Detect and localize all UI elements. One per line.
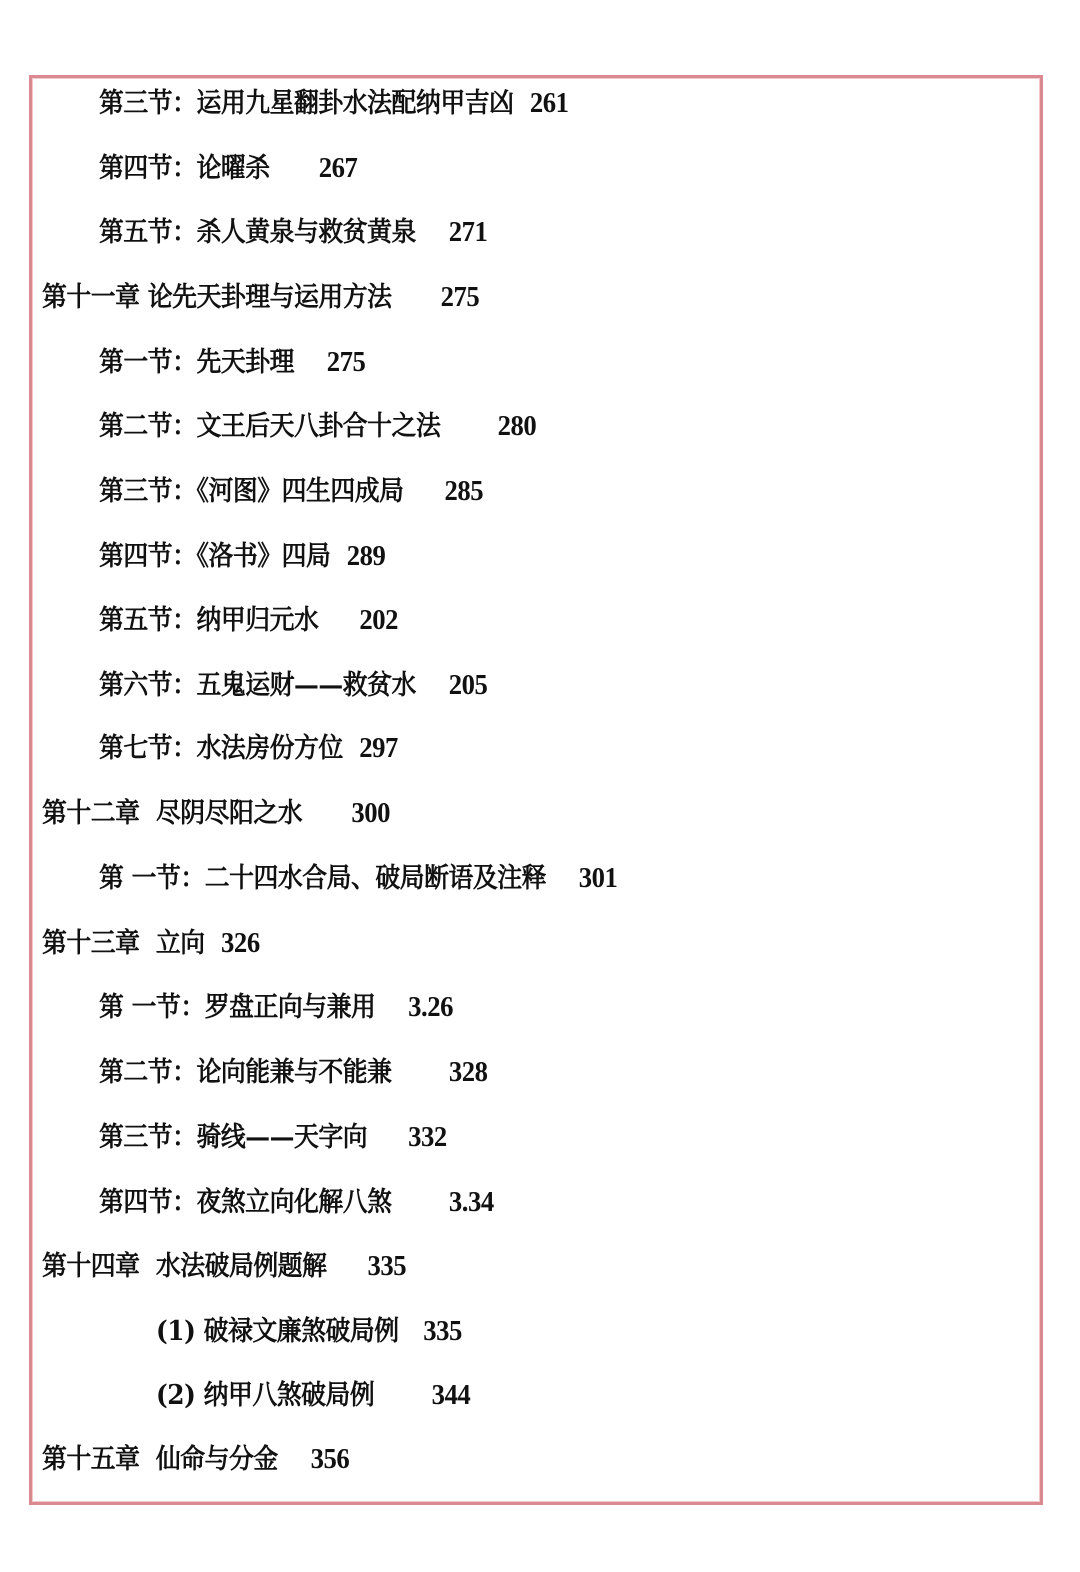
toc-entry[interactable]: 第 一节：罗盘正向与兼用 3.26 [99, 989, 453, 1026]
toc-entry-page: 328 [449, 1056, 488, 1088]
toc-entry-gap [392, 1057, 449, 1088]
toc-entry-gap [294, 347, 327, 378]
toc-entry-title: 第二节：文王后天八卦合十之法 [99, 411, 440, 442]
toc-entry-gap [416, 217, 449, 248]
toc-entry[interactable]: 第三节：骑线——天字向 332 [99, 1119, 447, 1156]
toc-entry[interactable]: 第四节：论曜杀 267 [99, 150, 357, 187]
toc-entry[interactable]: 第三节：《河图》四生四成局 285 [99, 473, 483, 510]
toc-entry-page: 335 [423, 1315, 462, 1347]
toc-entry-page: 261 [530, 87, 569, 119]
toc-entry-title: 第三节：运用九星翻卦水法配纳甲吉凶 [99, 88, 513, 119]
toc-entry-page: 275 [441, 281, 480, 313]
toc-entry-gap [416, 670, 449, 701]
toc-entry-gap [330, 541, 346, 572]
toc-chapter-entry[interactable]: 第十三章 立向 326 [42, 925, 260, 962]
toc-entry[interactable]: 第七节：水法房份方位 297 [99, 730, 398, 767]
toc-entry-gap [302, 798, 351, 829]
toc-chapter-entry[interactable]: 第十五章 仙命与分金 356 [42, 1441, 349, 1478]
toc-entry-title: 第二节：论向能兼与不能兼 [99, 1057, 392, 1088]
toc-entry-page: 326 [221, 927, 260, 959]
toc-entry-page: 289 [347, 540, 386, 572]
toc-entry[interactable]: 第六节：五鬼运财——救贫水 205 [99, 667, 487, 704]
toc-entry-page: 300 [351, 797, 390, 829]
table-of-contents: 第三节：运用九星翻卦水法配纳甲吉凶 261 第四节：论曜杀 267 第五节：杀人… [32, 78, 1040, 1502]
toc-entry-title: 第五节：杀人黄泉与救贫黄泉 [99, 217, 416, 248]
toc-chapter-entry[interactable]: 第十二章 尽阴尽阳之水 300 [42, 795, 390, 832]
toc-entry[interactable]: 第四节：《洛书》四局 289 [99, 538, 385, 575]
toc-entry-page: 280 [498, 410, 537, 442]
toc-entry-title: 第一节：先天卦理 [99, 347, 294, 378]
toc-entry-page: 332 [408, 1121, 447, 1153]
toc-entry-gap [327, 1251, 368, 1282]
toc-entry[interactable]: 第二节：论向能兼与不能兼 328 [99, 1054, 488, 1091]
toc-entry-page: 3.26 [408, 991, 453, 1023]
toc-entry-title: 第十三章 立向 [42, 928, 205, 959]
toc-entry-gap [513, 88, 529, 119]
toc-entry-page: 297 [359, 732, 398, 764]
toc-entry[interactable]: 第一节：先天卦理 275 [99, 344, 365, 381]
toc-entry-gap [375, 992, 408, 1023]
toc-entry[interactable]: 第五节：纳甲归元水 202 [99, 602, 398, 639]
toc-entry-title: (2) 纳甲八煞破局例 [156, 1380, 374, 1411]
toc-entry-page: 3.34 [449, 1186, 494, 1218]
toc-entry-gap [278, 1444, 311, 1475]
toc-entry-gap [367, 1122, 408, 1153]
toc-entry-title: 第三节：《河图》四生四成局 [99, 476, 404, 507]
toc-entry-title: 第 一节：罗盘正向与兼用 [99, 992, 375, 1023]
toc-entry-page: 267 [319, 152, 358, 184]
toc-entry-page: 271 [449, 216, 488, 248]
toc-entry-title: 第三节：骑线——天字向 [99, 1122, 367, 1153]
toc-entry-title: 第七节：水法房份方位 [99, 733, 343, 764]
toc-entry-gap [404, 476, 445, 507]
page-border-frame: 第三节：运用九星翻卦水法配纳甲吉凶 261 第四节：论曜杀 267 第五节：杀人… [29, 75, 1043, 1505]
toc-entry-page: 335 [368, 1250, 407, 1282]
toc-entry-page: 202 [359, 604, 398, 636]
toc-entry-title: 第十五章 仙命与分金 [42, 1444, 278, 1475]
toc-chapter-entry[interactable]: 第十一章 论先天卦理与运用方法 275 [42, 279, 479, 316]
toc-entry-gap [392, 282, 441, 313]
toc-entry-title: 第十四章 水法破局例题解 [42, 1251, 327, 1282]
toc-entry-title: 第 一节：二十四水合局、破局断语及注释 [99, 863, 546, 894]
toc-entry-gap [440, 411, 497, 442]
toc-entry[interactable]: 第三节：运用九星翻卦水法配纳甲吉凶 261 [99, 85, 568, 122]
toc-entry-title: 第四节：夜煞立向化解八煞 [99, 1187, 392, 1218]
toc-entry-gap [270, 153, 319, 184]
toc-entry-page: 285 [444, 475, 483, 507]
toc-entry-gap [374, 1380, 431, 1411]
toc-entry[interactable]: 第四节：夜煞立向化解八煞 3.34 [99, 1184, 494, 1221]
toc-entry-title: 第四节：《洛书》四局 [99, 541, 330, 572]
toc-entry-gap [318, 605, 359, 636]
toc-entry-title: 第十二章 尽阴尽阳之水 [42, 798, 302, 829]
toc-subentry[interactable]: (2) 纳甲八煞破局例 344 [156, 1377, 470, 1414]
toc-entry-title: 第五节：纳甲归元水 [99, 605, 318, 636]
toc-entry[interactable]: 第五节：杀人黄泉与救贫黄泉 271 [99, 214, 487, 251]
toc-entry-page: 301 [579, 862, 618, 894]
toc-entry-gap [399, 1316, 424, 1347]
toc-entry-gap [205, 928, 221, 959]
toc-entry-title: (1) 破禄文廉煞破局例 [156, 1316, 399, 1347]
toc-entry-page: 275 [327, 346, 366, 378]
toc-entry-page: 205 [449, 669, 488, 701]
toc-entry-title: 第四节：论曜杀 [99, 153, 270, 184]
toc-entry-page: 356 [311, 1443, 350, 1475]
toc-entry[interactable]: 第 一节：二十四水合局、破局断语及注释 301 [99, 860, 617, 897]
toc-entry-gap [392, 1187, 449, 1218]
toc-entry-gap [546, 863, 579, 894]
toc-entry-gap [343, 733, 359, 764]
toc-entry[interactable]: 第二节：文王后天八卦合十之法 280 [99, 408, 536, 445]
toc-entry-title: 第六节：五鬼运财——救贫水 [99, 670, 416, 701]
toc-subentry[interactable]: (1) 破禄文廉煞破局例 335 [156, 1313, 462, 1350]
toc-entry-page: 344 [432, 1379, 471, 1411]
toc-entry-title: 第十一章 论先天卦理与运用方法 [42, 282, 392, 313]
toc-chapter-entry[interactable]: 第十四章 水法破局例题解 335 [42, 1248, 406, 1285]
